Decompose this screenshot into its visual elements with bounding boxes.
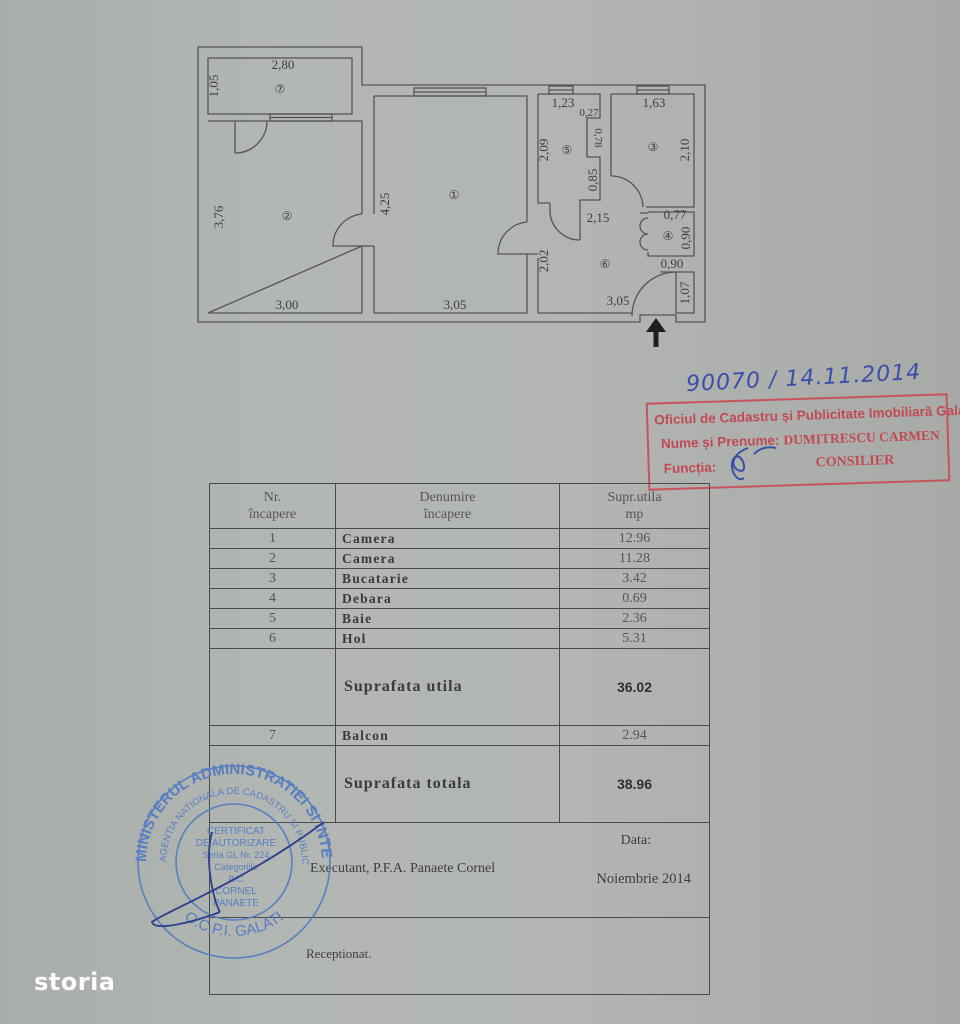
header-area: Supr.utilamp	[560, 484, 710, 529]
cell-name: Camera	[336, 529, 560, 549]
cell-area: 0.69	[560, 589, 710, 609]
room-1-label: ①	[449, 188, 460, 202]
dim-hall-width: 3,05	[607, 293, 630, 308]
cell-nr: 1	[210, 529, 336, 549]
total-area-value: 38.96	[560, 746, 710, 823]
room-4-label: ④	[663, 229, 674, 243]
cell-area: 12.96	[560, 529, 710, 549]
cell-nr: 2	[210, 549, 336, 569]
svg-text:O.C.P.I. GALATI: O.C.P.I. GALATI	[181, 908, 286, 940]
useful-area-label: Suprafata utila	[336, 649, 560, 726]
cell-name: Baie	[336, 609, 560, 629]
useful-area-value: 36.02	[560, 649, 710, 726]
table-row: 5 Baie 2.36	[210, 609, 710, 629]
document-page: ⑦ ② ① ⑤ ③ ④ ⑥ 2,80 1,05 3,76 3,00 4,25 3…	[0, 0, 960, 1024]
dim-balcony-width: 2,80	[272, 57, 295, 72]
room-5-label: ⑤	[562, 143, 573, 157]
svg-text:CORNEL: CORNEL	[215, 886, 257, 897]
dim-room1-height: 4,25	[377, 193, 392, 216]
stamp-name-value: DUMITRESCU CARMEN	[783, 428, 940, 448]
table-row-balcony: 7 Balcon 2.94	[210, 726, 710, 746]
total-area-label: Suprafata totala	[336, 746, 560, 823]
table-row: 4 Debara 0.69	[210, 589, 710, 609]
cell-nr: 7	[210, 726, 336, 746]
room-6-label: ⑥	[600, 257, 611, 271]
cell-nr: 3	[210, 569, 336, 589]
dim-room1-width: 3,05	[444, 297, 467, 312]
stamp-function-value: CONSILIER	[815, 453, 894, 471]
date-value: Noiembrie 2014	[596, 871, 691, 888]
stamp-name-row: Nume și Prenume:DUMITRESCU CARMEN	[661, 428, 940, 453]
registration-stamp: Oficiul de Cadastru și Publicitate Imobi…	[646, 393, 951, 490]
cell-area: 3.42	[560, 569, 710, 589]
dim-bath-lower: 0,85	[585, 169, 600, 192]
dim-balcony-depth: 1,05	[206, 75, 221, 98]
header-nr: Nr.încapere	[210, 484, 336, 529]
svg-text:Seria GL Nr. 224: Seria GL Nr. 224	[203, 850, 270, 860]
stamp-function-label: Funcția:	[664, 460, 717, 477]
dim-bath-notch-height: 0,78	[592, 128, 604, 148]
official-seal-icon: MINISTERUL ADMINISTRATIEI SI INTERNELOR …	[124, 762, 344, 962]
signature-icon	[720, 440, 790, 490]
room-3-label: ③	[648, 140, 659, 154]
dim-entry-depth: 1,07	[677, 281, 692, 304]
cell-name: Camera	[336, 549, 560, 569]
entrance-arrow-icon	[646, 318, 666, 347]
stamp-office: Oficiul de Cadastru și Publicitate Imobi…	[654, 402, 960, 427]
table-row: 1 Camera 12.96	[210, 529, 710, 549]
table-header: Nr.încapere Denumireîncapere Supr.utilam…	[210, 484, 710, 529]
dim-entry-width: 0,90	[661, 256, 684, 271]
header-name: Denumireîncapere	[336, 484, 560, 529]
dim-bath-width: 1,23	[552, 95, 575, 110]
cell-name: Debara	[336, 589, 560, 609]
handwritten-registration: 90070 / 14.11.2014	[686, 360, 922, 397]
cell-name: Bucatarie	[336, 569, 560, 589]
room-7-label: ⑦	[275, 82, 286, 96]
dim-hall-upper: 2,15	[587, 210, 610, 225]
svg-text:PANAETE: PANAETE	[213, 898, 259, 909]
cell-nr: 4	[210, 589, 336, 609]
dim-storage-width: 0,77	[664, 207, 687, 222]
cell-area: 2.36	[560, 609, 710, 629]
storia-logo: storia	[34, 968, 116, 996]
dim-hall-height: 2,02	[536, 250, 551, 273]
cell-area: 11.28	[560, 549, 710, 569]
cell-name: Balcon	[336, 726, 560, 746]
dim-room2-width: 3,00	[276, 297, 299, 312]
dim-bath-notch-width: 0,27	[579, 107, 599, 119]
dim-kitchen-height: 2,10	[677, 139, 692, 162]
cell-area: 2.94	[560, 726, 710, 746]
table-row: 2 Camera 11.28	[210, 549, 710, 569]
dim-bath-height: 2,09	[536, 139, 551, 162]
useful-area-row: Suprafata utila 36.02	[210, 649, 710, 726]
svg-text:CERTIFICAT: CERTIFICAT	[207, 826, 265, 837]
dim-storage-height: 0,90	[678, 227, 693, 250]
dim-kitchen-width: 1,63	[643, 95, 666, 110]
table-row: 6 Hol 5.31	[210, 629, 710, 649]
date-label: Data:	[621, 833, 651, 849]
floor-plan: ⑦ ② ① ⑤ ③ ④ ⑥ 2,80 1,05 3,76 3,00 4,25 3…	[0, 0, 960, 360]
cell-nr: 6	[210, 629, 336, 649]
cell-name: Hol	[336, 629, 560, 649]
room-2-label: ②	[282, 209, 293, 223]
dim-room2-height: 3,76	[211, 205, 226, 228]
cell-area: 5.31	[560, 629, 710, 649]
svg-text:DE AUTORIZARE: DE AUTORIZARE	[196, 838, 277, 849]
table-row: 3 Bucatarie 3.42	[210, 569, 710, 589]
cell-nr: 5	[210, 609, 336, 629]
